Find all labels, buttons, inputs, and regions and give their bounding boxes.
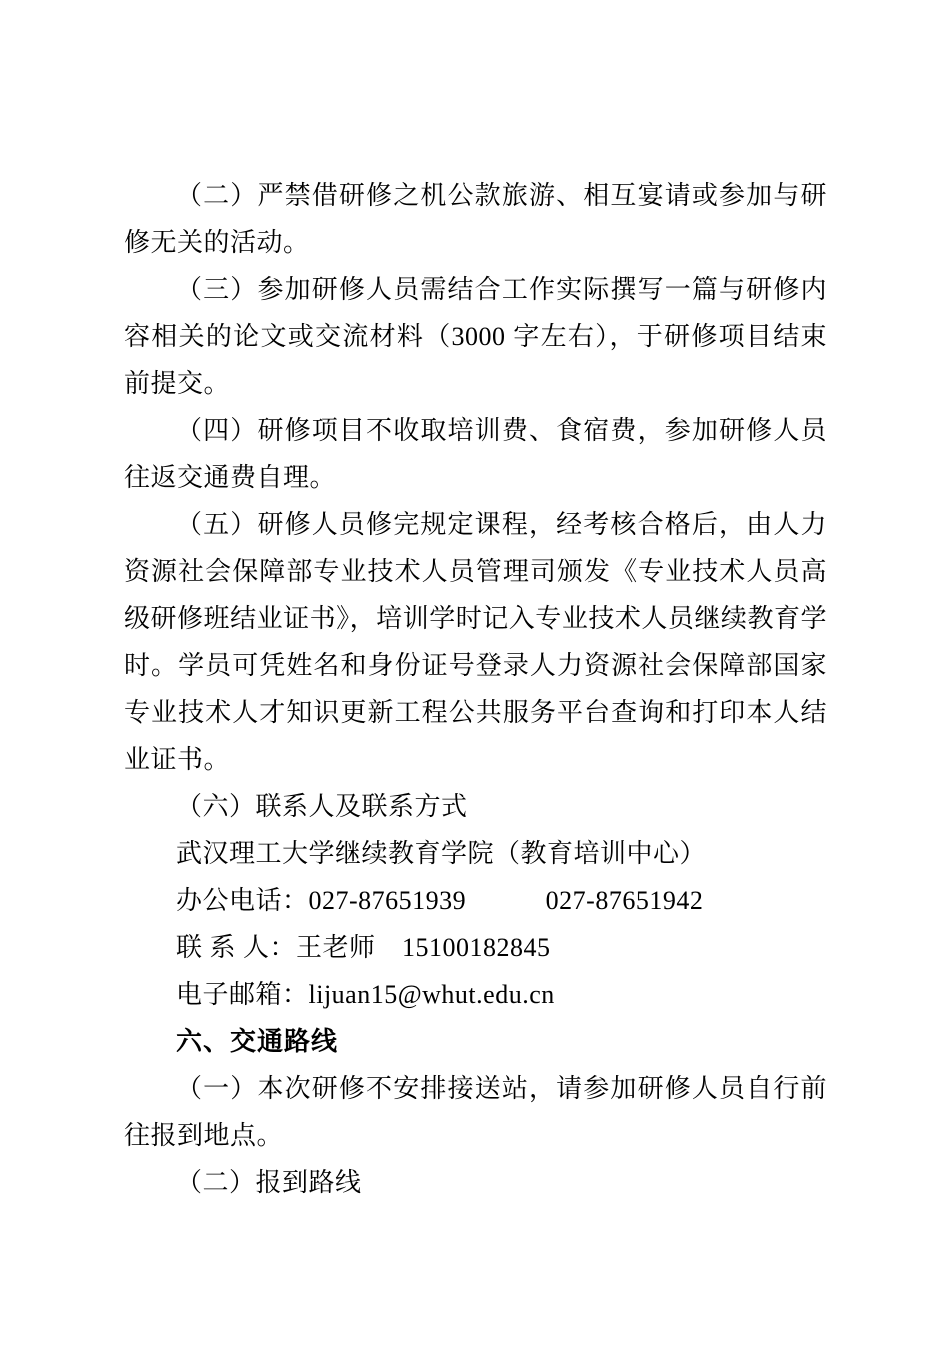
para-contact-person: 联 系 人：王老师 15100182845 [124, 924, 827, 971]
para-item-5-certificate: （五）研修人员修完规定课程，经考核合格后，由人力资源社会保障部专业技术人员管理司… [124, 501, 827, 783]
para-item-4-fees: （四）研修项目不收取培训费、食宿费，参加研修人员往返交通费自理。 [124, 407, 827, 501]
document-page: （二）严禁借研修之机公款旅游、相互宴请或参加与研修无关的活动。（三）参加研修人员… [0, 0, 951, 1346]
para-office-phone: 办公电话：027-87651939 027-87651942 [124, 877, 827, 924]
para-email: 电子邮箱：lijuan15@whut.edu.cn [124, 971, 827, 1018]
para-item-3-paper: （三）参加研修人员需结合工作实际撰写一篇与研修内容相关的论文或交流材料（3000… [124, 266, 827, 407]
document-body: （二）严禁借研修之机公款旅游、相互宴请或参加与研修无关的活动。（三）参加研修人员… [124, 172, 827, 1206]
heading-transport-routes: 六、交通路线 [124, 1018, 827, 1065]
para-item-2-discipline: （二）严禁借研修之机公款旅游、相互宴请或参加与研修无关的活动。 [124, 172, 827, 266]
para-organization: 武汉理工大学继续教育学院（教育培训中心） [124, 830, 827, 877]
para-route-2-directions: （二）报到路线 [124, 1159, 827, 1206]
para-route-1-no-pickup: （一）本次研修不安排接送站，请参加研修人员自行前往报到地点。 [124, 1065, 827, 1159]
para-item-6-contact: （六）联系人及联系方式 [124, 783, 827, 830]
